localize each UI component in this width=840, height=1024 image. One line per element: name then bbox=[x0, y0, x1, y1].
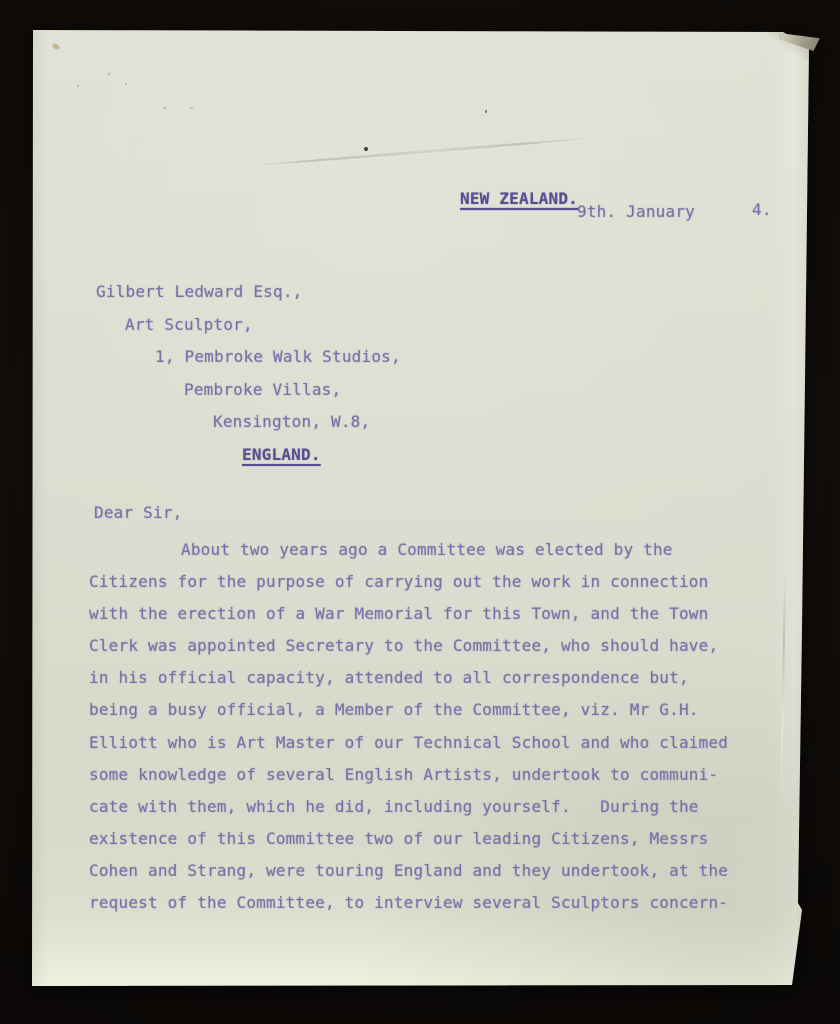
body-line: Elliott who is Art Master of our Technic… bbox=[89, 733, 769, 765]
recipient-address: Gilbert Ledward Esq., Art Sculptor, 1, P… bbox=[96, 282, 401, 477]
body-line: existence of this Committee two of our l… bbox=[89, 829, 769, 861]
letterhead-country: NEW ZEALAND. bbox=[460, 189, 578, 208]
address-line: Gilbert Ledward Esq., bbox=[96, 282, 401, 315]
paper-speck bbox=[77, 85, 79, 87]
body-line: with the erection of a War Memorial for … bbox=[89, 604, 769, 636]
date-line: 9th. January bbox=[577, 202, 695, 221]
body-line: Cohen and Strang, were touring England a… bbox=[89, 861, 769, 893]
body-line: some knowledge of several English Artist… bbox=[89, 765, 769, 797]
paper-speck bbox=[51, 43, 60, 51]
address-line: Pembroke Villas, bbox=[184, 380, 401, 413]
body-line: Clerk was appointed Secretary to the Com… bbox=[89, 636, 769, 668]
page-number: 4. bbox=[752, 200, 772, 219]
address-line: Kensington, W.8, bbox=[213, 412, 401, 445]
body-line: being a busy official, a Member of the C… bbox=[89, 700, 769, 732]
body-line: Citizens for the purpose of carrying out… bbox=[89, 572, 769, 604]
body-line: About two years ago a Committee was elec… bbox=[89, 540, 769, 572]
paper-speck bbox=[108, 73, 110, 75]
paper-speck bbox=[190, 107, 193, 109]
address-line-country: ENGLAND. bbox=[242, 445, 401, 478]
address-line: 1, Pembroke Walk Studios, bbox=[155, 347, 401, 380]
salutation: Dear Sir, bbox=[94, 503, 183, 522]
paper-speck bbox=[125, 83, 127, 85]
paper-speck bbox=[163, 107, 166, 109]
letter-page-wrap: NEW ZEALAND. 9th. January 4. Gilbert Led… bbox=[30, 28, 812, 990]
letter-body: About two years ago a Committee was elec… bbox=[89, 540, 769, 925]
letter-page: NEW ZEALAND. 9th. January 4. Gilbert Led… bbox=[30, 28, 812, 990]
paper-speck bbox=[364, 147, 368, 151]
body-line: request of the Committee, to interview s… bbox=[89, 893, 769, 925]
paper-crease bbox=[255, 136, 599, 167]
photo-mat-background: NEW ZEALAND. 9th. January 4. Gilbert Led… bbox=[0, 0, 840, 1024]
body-line: cate with them, which he did, including … bbox=[89, 797, 769, 829]
body-line: in his official capacity, attended to al… bbox=[89, 668, 769, 700]
address-line: Art Sculptor, bbox=[125, 315, 401, 348]
paper-speck bbox=[485, 110, 487, 113]
paper-crease-right bbox=[780, 573, 786, 813]
